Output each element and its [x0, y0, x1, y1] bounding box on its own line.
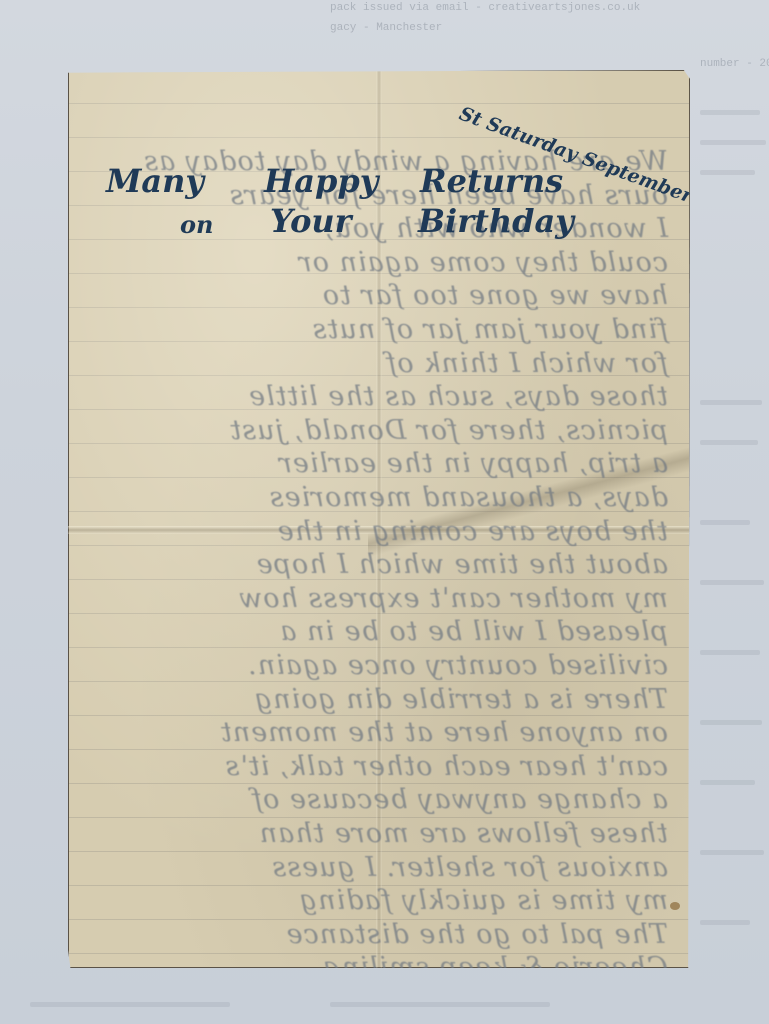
show-through-line: could they come again or: [68, 247, 690, 278]
show-through-line: can't hear each other talk, it's: [68, 751, 690, 782]
greeting-word: on: [180, 210, 213, 239]
background-text-line: gacy - Manchester: [330, 22, 442, 34]
background-text-line: pack issued via email - creativeartsjone…: [330, 2, 640, 14]
show-through-line: Cheerio & keep smiling: [68, 952, 690, 968]
background-text-line: number - 200: [700, 58, 769, 70]
show-through-line: have we gone too far to: [68, 280, 690, 311]
show-through-line: on anyone here at the moment: [68, 717, 690, 748]
show-through-line: a trip, happy in the earlier: [68, 448, 690, 479]
show-through-line: a change anyway because of: [68, 784, 690, 815]
greeting-word: Your: [270, 202, 352, 240]
show-through-line: I wonder who with you,: [68, 213, 690, 244]
show-through-line: my mother can't express how: [68, 583, 690, 614]
handwritten-letter: We are having a windy day today asours h…: [68, 70, 690, 968]
show-through-line: anxious for shelter. I guess: [68, 852, 690, 883]
show-through-line: There is a terrible din going: [68, 684, 690, 715]
show-through-line: for which I think of: [68, 348, 690, 379]
show-through-line: those days, such as the little: [68, 381, 690, 412]
show-through-line: civilised country once again.: [68, 650, 690, 681]
show-through-line: pleased I will be to be in a: [68, 616, 690, 647]
show-through-line: picnics, there for Donald, just: [68, 415, 690, 446]
greeting-word: Happy: [264, 162, 378, 200]
show-through-line: my time is quickly fading: [68, 885, 690, 916]
show-through-line: these fellows are more than: [68, 818, 690, 849]
greeting-word: Birthday: [418, 202, 574, 240]
show-through-line: find your jam jar of nuts: [68, 314, 690, 345]
show-through-line: The pal to go the distance: [68, 919, 690, 950]
show-through-line: days, a thousand memories: [68, 482, 690, 513]
greeting-word: Returns: [420, 162, 563, 200]
show-through-line: about the time which I hope: [68, 549, 690, 580]
paper-stain: [670, 902, 680, 910]
greeting-word: Many: [106, 162, 204, 200]
show-through-line: the boys are coming in the: [68, 516, 690, 547]
